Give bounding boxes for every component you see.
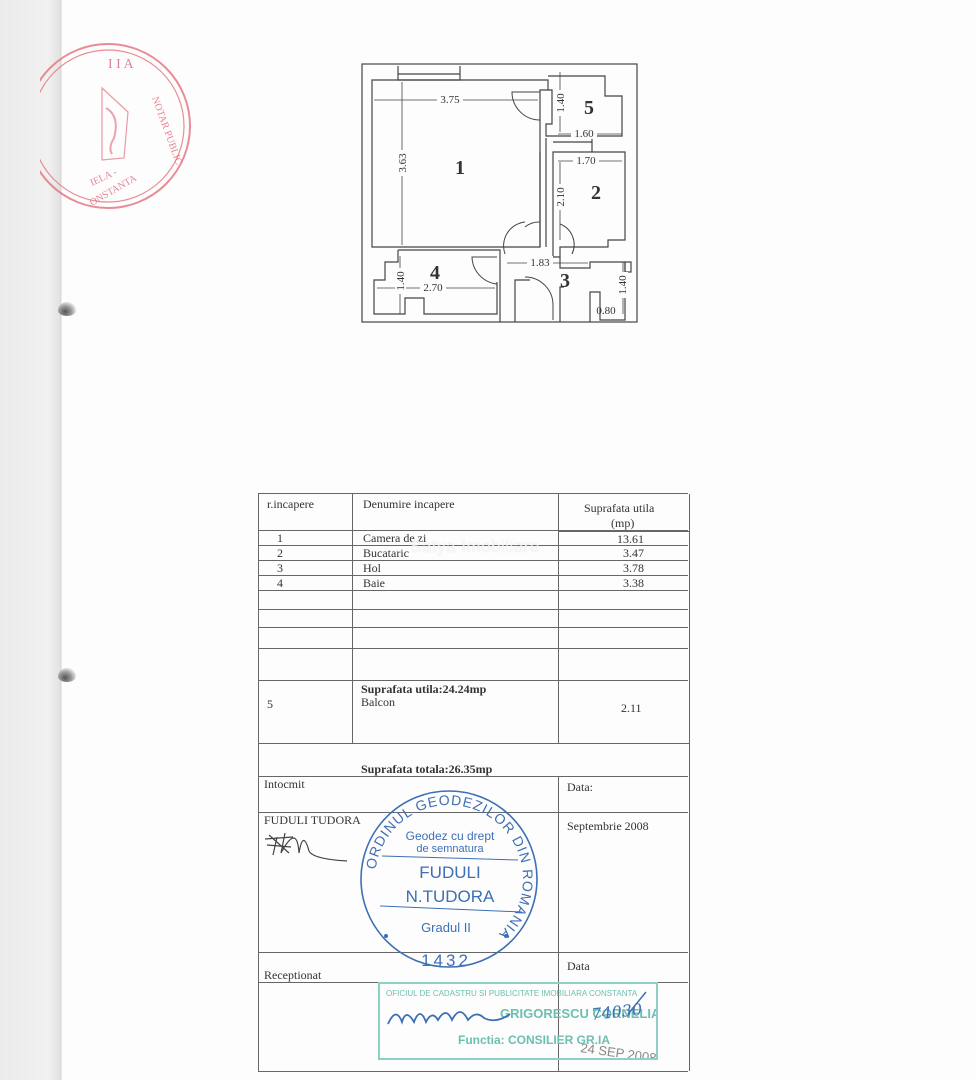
header-room-name: Denumire incapere bbox=[363, 497, 455, 512]
header-room-number: r.incapere bbox=[267, 497, 314, 512]
header-area: Suprafata utila bbox=[584, 501, 654, 516]
row-name: Hol bbox=[363, 561, 381, 576]
room-label-5: 5 bbox=[584, 97, 594, 119]
dim-room5-height: 1.40 bbox=[555, 93, 567, 113]
room-label-1: 1 bbox=[455, 157, 465, 179]
notary-stamp: I I A NOTAR PUBLIC IELA - ONSTANTA bbox=[40, 38, 192, 218]
dim-room1-height: 3.63 bbox=[397, 153, 409, 173]
row-name: Bucataric bbox=[363, 546, 409, 561]
intocmit-label: Intocmit bbox=[264, 777, 305, 792]
punch-hole bbox=[58, 302, 76, 316]
watermark: Satya Imobiliare bbox=[410, 537, 540, 557]
geodez-grade: Gradul II bbox=[421, 920, 471, 935]
data-label-2: Data bbox=[567, 959, 590, 974]
table-row-empty bbox=[258, 648, 688, 681]
row-number: 3 bbox=[277, 561, 283, 576]
dim-room3-width: 0.80 bbox=[596, 305, 616, 317]
dim-room5-width: 1.60 bbox=[574, 128, 594, 140]
table-row: 4 Baie 3.38 bbox=[258, 575, 688, 591]
row-area: 3.47 bbox=[623, 546, 644, 561]
author-signature bbox=[263, 829, 353, 869]
table-row-empty bbox=[258, 627, 688, 649]
table-header-row: r.incapere Denumire incapere Suprafata u… bbox=[258, 493, 688, 531]
total-label: Suprafata totala:26.35mp bbox=[361, 762, 492, 777]
dim-room1-width: 3.75 bbox=[440, 94, 460, 106]
dim-hall-width: 1.83 bbox=[530, 257, 550, 269]
dim-room4-height: 1.40 bbox=[395, 271, 407, 291]
row-area: 2.11 bbox=[621, 701, 642, 716]
geodez-name2: N.TUDORA bbox=[406, 887, 495, 906]
ocpi-date: 24 SEP 2008 bbox=[580, 1040, 656, 1058]
ocpi-header: OFICIUL DE CADASTRU SI PUBLICITATE IMOBI… bbox=[386, 989, 638, 998]
geodez-line2: de semnatura bbox=[416, 843, 484, 855]
row-number: 4 bbox=[277, 576, 283, 591]
author-name: FUDULI TUDORA bbox=[264, 813, 361, 828]
room-label-3: 3 bbox=[560, 270, 570, 292]
row-number: 2 bbox=[277, 546, 283, 561]
floor-plan: 3.75 3.63 1.40 1.60 1.70 2.10 1.83 1.40 … bbox=[360, 62, 640, 326]
row-name: Balcon bbox=[361, 695, 395, 710]
dim-room3-height: 1.40 bbox=[617, 275, 629, 295]
ocpi-stamp: OFICIUL DE CADASTRU SI PUBLICITATE IMOBI… bbox=[378, 982, 658, 1060]
room-label-2: 2 bbox=[591, 182, 601, 204]
data-label: Data: bbox=[567, 780, 593, 795]
receiver-signature bbox=[388, 1012, 510, 1024]
notary-stamp-top-text: I I A bbox=[108, 57, 135, 72]
geodez-number: 1432 bbox=[421, 951, 471, 970]
row-number: 5 bbox=[267, 697, 273, 712]
punch-hole bbox=[58, 668, 76, 682]
notary-stamp-right-text: NOTAR PUBLIC bbox=[149, 95, 184, 166]
receptionat-label: Receptionat bbox=[264, 968, 321, 983]
row-area: 3.38 bbox=[623, 576, 644, 591]
header-area-unit: (mp) bbox=[611, 516, 634, 531]
geodez-stamp: ORDINUL GEODEZILOR DIN ROMANIA Geodez cu… bbox=[358, 788, 540, 970]
row-name: Baie bbox=[363, 576, 385, 591]
table-row-total: Suprafata totala:26.35mp bbox=[258, 743, 690, 777]
geodez-name1: FUDULI bbox=[419, 863, 480, 882]
date-value: Septembrie 2008 bbox=[567, 819, 649, 834]
table-row-balcony: 5 Suprafata utila:24.24mp Balcon 2.11 bbox=[258, 680, 688, 744]
dim-room2-width: 1.70 bbox=[576, 155, 596, 167]
table-row-empty bbox=[258, 609, 688, 628]
table-row-empty bbox=[258, 590, 688, 610]
geodez-line1: Geodez cu drept bbox=[406, 829, 495, 843]
row-area: 3.78 bbox=[623, 561, 644, 576]
row-number: 1 bbox=[277, 531, 283, 546]
table-row: 3 Hol 3.78 bbox=[258, 560, 688, 576]
dim-room2-height: 2.10 bbox=[555, 187, 567, 207]
room-label-4: 4 bbox=[430, 262, 440, 284]
